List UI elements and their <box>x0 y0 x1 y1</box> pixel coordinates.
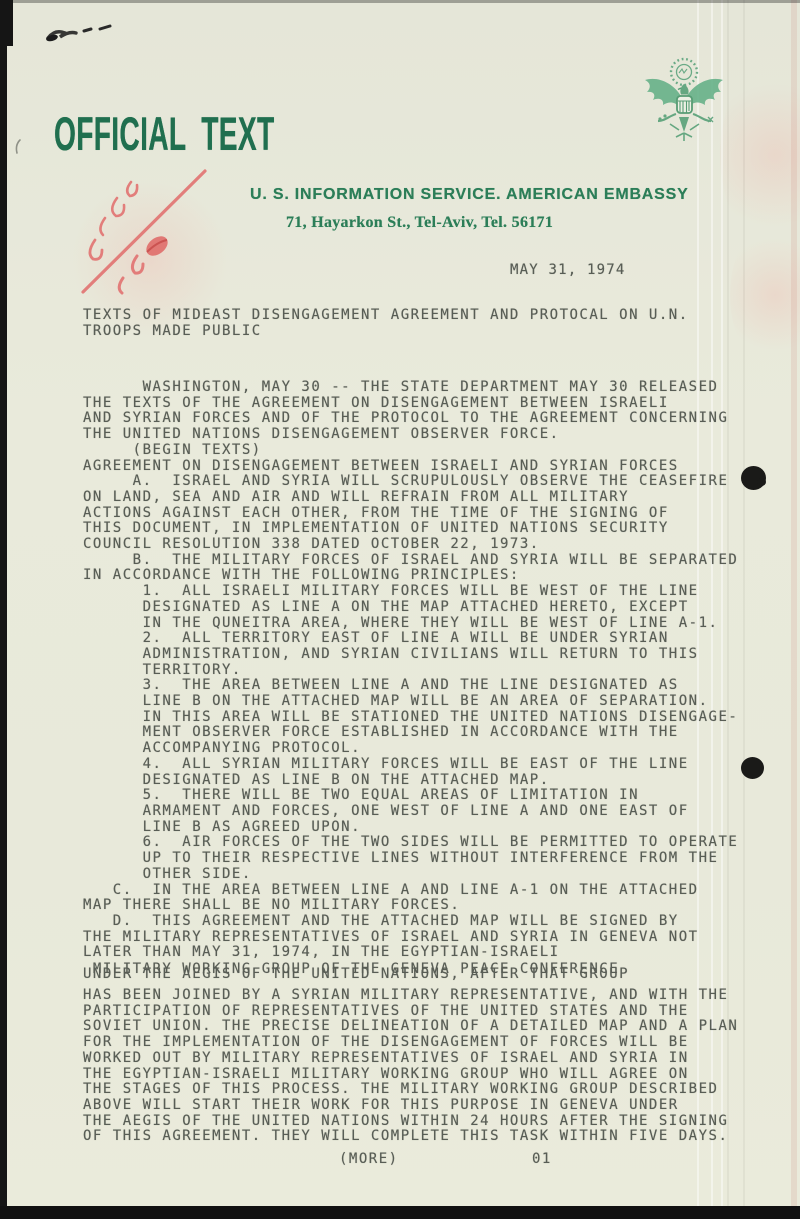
paper-stain <box>730 220 800 370</box>
us-great-seal-eagle-icon <box>638 55 730 150</box>
scan-top-edge <box>0 0 800 3</box>
overstruck-line-2: UNDER THE AEGIS OF THE UNITED NATIONS, A… <box>83 967 629 983</box>
handwritten-annotation <box>75 160 225 310</box>
scan-left-edge <box>0 0 7 1219</box>
paper-crease-shadow <box>743 0 745 1219</box>
document-date: MAY 31, 1974 <box>510 263 626 279</box>
scanned-document-page: OFFICIAL TEXT U. S. INFORMATION SERVICE.… <box>0 0 800 1219</box>
hole-punch <box>741 757 764 779</box>
document-headline: TEXTS OF MIDEAST DISENGAGEMENT AGREEMENT… <box>83 308 689 339</box>
page-number: 01 <box>532 1152 552 1168</box>
hole-punch <box>757 478 766 486</box>
official-text-masthead: OFFICIAL TEXT <box>54 110 275 157</box>
body-text-part2: HAS BEEN JOINED BY A SYRIAN MILITARY REP… <box>83 988 738 1145</box>
embassy-address: 71, Hayarkon St., Tel-Aviv, Tel. 56171 <box>286 214 553 232</box>
body-text-part1: WASHINGTON, MAY 30 -- THE STATE DEPARTME… <box>83 380 738 961</box>
pencil-mark <box>12 138 26 156</box>
paper-stain <box>720 60 800 250</box>
scan-bottom-bar <box>0 1206 800 1219</box>
more-continuation-label: (MORE) <box>339 1152 399 1168</box>
agency-name: U. S. INFORMATION SERVICE. AMERICAN EMBA… <box>250 186 689 204</box>
scan-right-edge <box>791 0 797 1219</box>
overstruck-lines: MILITARY WORKING GROUP OF THE GENEVA PEA… <box>83 961 783 988</box>
scan-corner-mark <box>0 0 13 46</box>
pen-scribble-icon <box>44 22 116 46</box>
